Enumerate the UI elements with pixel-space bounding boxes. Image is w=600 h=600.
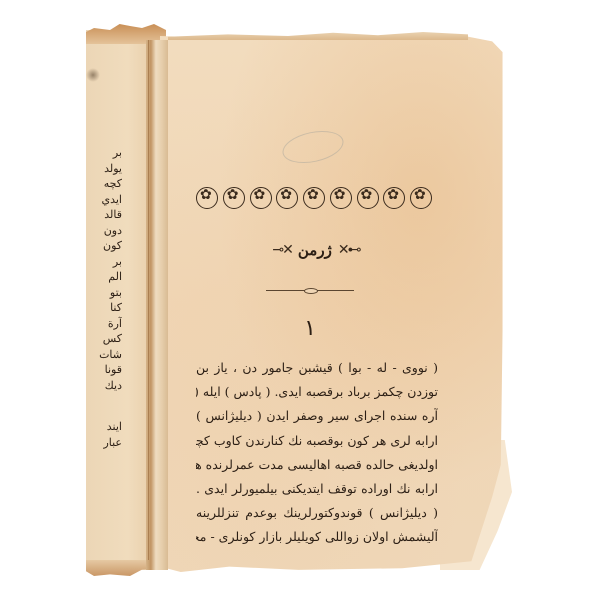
- text-line: آره سنده اجرای سیر وصفر ایدن ( دیلیژانس …: [196, 404, 438, 428]
- text-line: ( نووی - له - بوا ) قیشبن جامور دن ، یاز…: [196, 356, 438, 380]
- left-text-line: آرة: [86, 316, 122, 332]
- torn-top-edge: [168, 32, 468, 40]
- rosette-icon: [410, 187, 432, 209]
- rosette-icon: [383, 187, 405, 209]
- divider-ornament-icon: [304, 288, 318, 294]
- left-text-line: ايدي: [86, 192, 122, 208]
- left-text-line: كنا: [86, 300, 122, 316]
- rosette-icon: [357, 187, 379, 209]
- left-text-line: ديك: [86, 378, 122, 394]
- rosette-icon: [330, 187, 352, 209]
- left-text-line: شات: [86, 347, 122, 363]
- chapter-title-row: ⊸✕ ژرمن ✕⊷: [256, 238, 376, 262]
- left-text-line: كون: [86, 238, 122, 254]
- text-line: ارابه نك اوراده توقف ایتدیکنی بیلمیورلر …: [196, 477, 438, 501]
- floral-ornament-band: [196, 184, 432, 212]
- left-text-line: دون: [86, 223, 122, 239]
- left-text-line: قونا: [86, 362, 122, 378]
- left-text-line: كس: [86, 331, 122, 347]
- text-line: ( دیلیژانس ) قوندوکتورلرینك بوعدم تنزللر…: [196, 501, 438, 525]
- left-text-line: عبار: [86, 435, 122, 451]
- left-text-line: ايند: [86, 419, 122, 435]
- left-text-line: بر: [86, 254, 122, 270]
- text-line: آلیشمش اولان زواللی کویلیلر بازار کونلری…: [196, 525, 438, 549]
- book-gutter: [146, 40, 168, 570]
- ink-smudge: [86, 68, 100, 82]
- flourish-right-icon: ✕⊷: [338, 242, 360, 258]
- chapter-number: ١: [300, 316, 320, 341]
- spine-crease: [148, 40, 149, 560]
- body-text: ( نووی - له - بوا ) قیشبن جامور دن ، یاز…: [196, 356, 438, 550]
- open-book-photo: بر يولد كچه ايدي قالد دون كون بر الم بتو…: [0, 0, 600, 600]
- left-text-gap: [86, 393, 122, 419]
- text-line: ارابه لری هر کون بوقصبه نك کنارندن کاوب …: [196, 429, 438, 453]
- text-line: توزدن چکمز برباد برقصبه ایدی. ( پادس ) ا…: [196, 380, 438, 404]
- rosette-icon: [276, 187, 298, 209]
- rosette-icon: [223, 187, 245, 209]
- rosette-icon: [303, 187, 325, 209]
- left-text-line: كچه: [86, 176, 122, 192]
- left-text-line: يولد: [86, 161, 122, 177]
- chapter-title: ژرمن: [298, 241, 332, 259]
- rosette-icon: [196, 187, 218, 209]
- rosette-icon: [250, 187, 272, 209]
- left-text-line: قالد: [86, 207, 122, 223]
- left-text-line: بر: [86, 145, 122, 161]
- text-line: اولدیغی حالده قصبه اهالیسی مدت عمرلرنده …: [196, 453, 438, 477]
- left-text-line: الم: [86, 269, 122, 285]
- flourish-left-icon: ⊸✕: [272, 242, 291, 258]
- left-page-text: بر يولد كچه ايدي قالد دون كون بر الم بتو…: [86, 145, 122, 450]
- left-text-line: بتو: [86, 285, 122, 301]
